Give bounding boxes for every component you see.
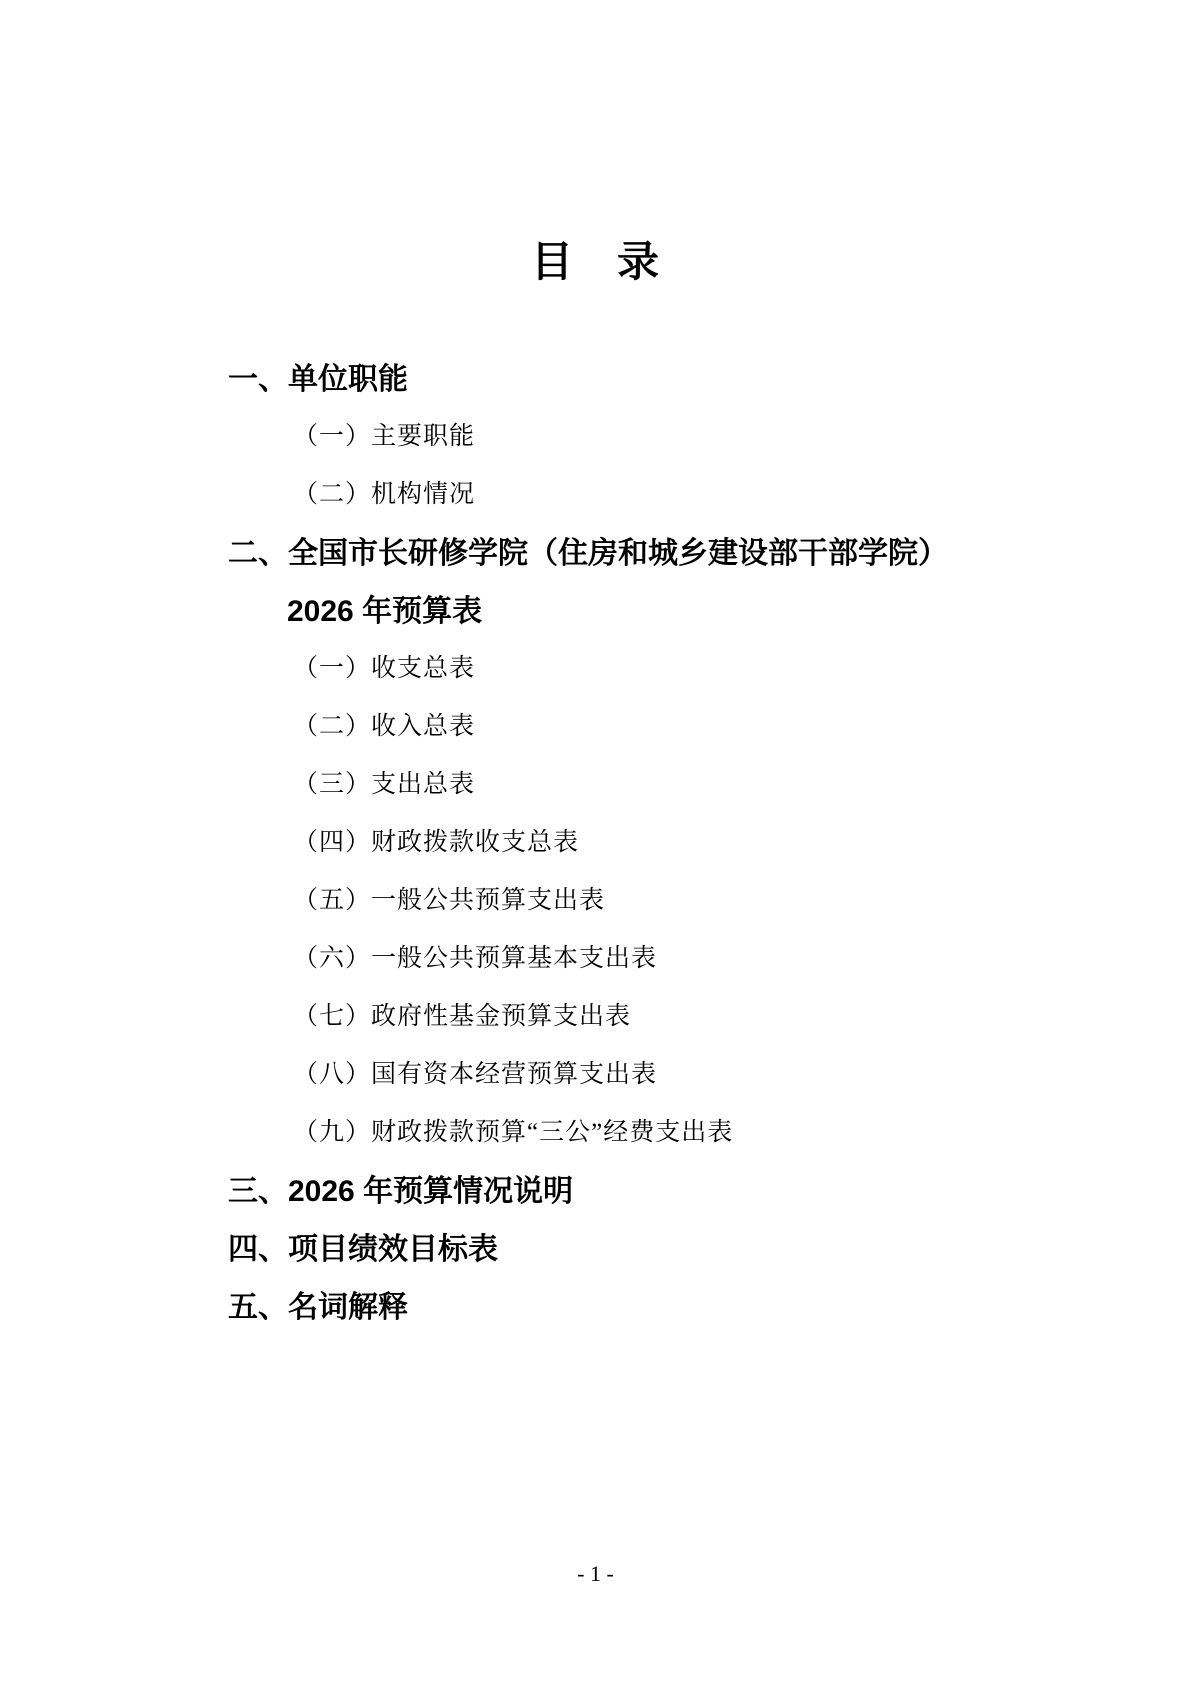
toc-entry-government-fund-budget: （七）政府性基金预算支出表 [0, 985, 1191, 1043]
toc-entry-income-summary: （二）收入总表 [0, 695, 1191, 753]
toc-entry-three-public-expense: （九）财政拨款预算“三公”经费支出表 [0, 1101, 1191, 1159]
toc-entry-income-expense-summary: （一）收支总表 [0, 637, 1191, 695]
toc-entry-unit-functions: 一、单位职能 [0, 347, 1191, 405]
toc-entry-main-functions: （一）主要职能 [0, 405, 1191, 463]
toc-entry-glossary: 五、名词解释 [0, 1275, 1191, 1333]
toc-entry-fiscal-appropriation: （四）财政拨款收支总表 [0, 811, 1191, 869]
toc-entry-general-public-budget: （五）一般公共预算支出表 [0, 869, 1191, 927]
table-of-contents: 一、单位职能 （一）主要职能 （二）机构情况 二、全国市长研修学院（住房和城乡建… [0, 347, 1191, 1333]
document-page: 目 录 一、单位职能 （一）主要职能 （二）机构情况 二、全国市长研修学院（住房… [0, 0, 1191, 1684]
page-title: 目 录 [0, 236, 1191, 288]
toc-entry-general-public-basic: （六）一般公共预算基本支出表 [0, 927, 1191, 985]
toc-entry-organization-overview: （二）机构情况 [0, 463, 1191, 521]
toc-entry-expense-summary: （三）支出总表 [0, 753, 1191, 811]
toc-entry-budget-explanation: 三、2026 年预算情况说明 [0, 1159, 1191, 1217]
page-number: - 1 - [0, 1560, 1191, 1588]
toc-entry-budget-tables-heading: 二、全国市长研修学院（住房和城乡建设部干部学院） [0, 521, 1191, 579]
toc-entry-state-capital-budget: （八）国有资本经营预算支出表 [0, 1043, 1191, 1101]
toc-entry-performance-targets: 四、项目绩效目标表 [0, 1217, 1191, 1275]
toc-entry-budget-tables-heading-2: 2026 年预算表 [0, 579, 1191, 637]
